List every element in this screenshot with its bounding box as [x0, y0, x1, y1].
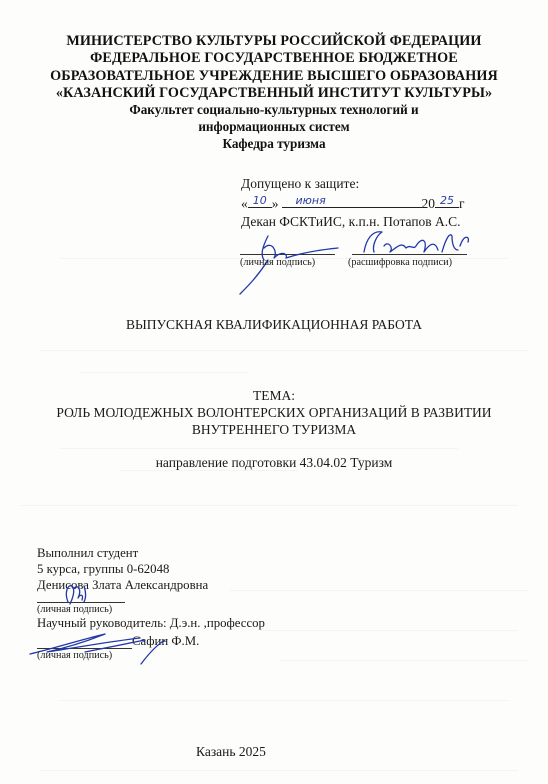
topic-label: ТЕМА: — [0, 388, 548, 404]
date-day-handwritten: 10 — [248, 194, 272, 207]
supervisor-signature-caption: (личная подпись) — [37, 650, 112, 661]
date-month-handwritten: июня — [282, 194, 422, 207]
bleed-through — [80, 372, 248, 373]
date-month-field: июня — [282, 195, 422, 208]
direction-line: направление подготовки 43.04.02 Туризм — [0, 455, 548, 471]
bleed-through — [60, 700, 508, 701]
dean-signature-caption: (личная подпись) — [240, 257, 315, 268]
department-line: Кафедра туризма — [0, 136, 548, 152]
topic-line-2: ВНУТРЕННЕГО ТУРИЗМА — [0, 422, 548, 438]
date-year-unit: г — [459, 196, 465, 211]
bleed-through — [260, 630, 518, 631]
bleed-through — [40, 770, 518, 771]
bleed-through — [20, 505, 518, 506]
student-signature-caption: (личная подпись) — [37, 604, 112, 615]
faculty-line-1: Факультет социально-культурных технологи… — [0, 102, 548, 118]
faculty-line-2: информационных систем — [0, 119, 548, 135]
student-label: Выполнил студент — [37, 546, 138, 561]
dean-decode-caption: (расшифровка подписи) — [348, 257, 452, 268]
topic-line-1: РОЛЬ МОЛОДЕЖНЫХ ВОЛОНТЕРСКИХ ОРГАНИЗАЦИЙ… — [0, 405, 548, 421]
bleed-through — [230, 590, 528, 591]
bleed-through — [40, 350, 528, 351]
approval-date: «10»июня2025г — [241, 195, 465, 212]
date-close-quote: » — [272, 196, 279, 211]
student-course-group: 5 курса, группы 0-62048 — [37, 562, 169, 577]
dean-decode-handwritten-icon — [352, 226, 472, 260]
bleed-through — [280, 660, 528, 661]
thesis-title-page: МИНИСТЕРСТВО КУЛЬТУРЫ РОССИЙСКОЙ ФЕДЕРАЦ… — [0, 0, 548, 784]
date-year-field: 25 — [435, 195, 459, 208]
city-year: Казань 2025 — [196, 744, 266, 760]
approval-title: Допущено к защите: — [241, 176, 359, 192]
date-year-handwritten: 25 — [435, 194, 459, 207]
ministry-line: МИНИСТЕРСТВО КУЛЬТУРЫ РОССИЙСКОЙ ФЕДЕРАЦ… — [0, 33, 548, 50]
date-year-prefix: 20 — [422, 196, 436, 211]
work-type: ВЫПУСКНАЯ КВАЛИФИКАЦИОННАЯ РАБОТА — [0, 317, 548, 333]
bleed-through — [60, 448, 458, 449]
date-day-field: 10 — [248, 195, 272, 208]
institute-name: «КАЗАНСКИЙ ГОСУДАРСТВЕННЫЙ ИНСТИТУТ КУЛЬ… — [0, 85, 548, 102]
federal-line: ФЕДЕРАЛЬНОЕ ГОСУДАРСТВЕННОЕ БЮДЖЕТНОЕ — [0, 50, 548, 67]
date-open-quote: « — [241, 196, 248, 211]
supervisor-signature-icon — [25, 628, 165, 668]
education-line: ОБРАЗОВАТЕЛЬНОЕ УЧРЕЖДЕНИЕ ВЫСШЕГО ОБРАЗ… — [0, 68, 548, 85]
